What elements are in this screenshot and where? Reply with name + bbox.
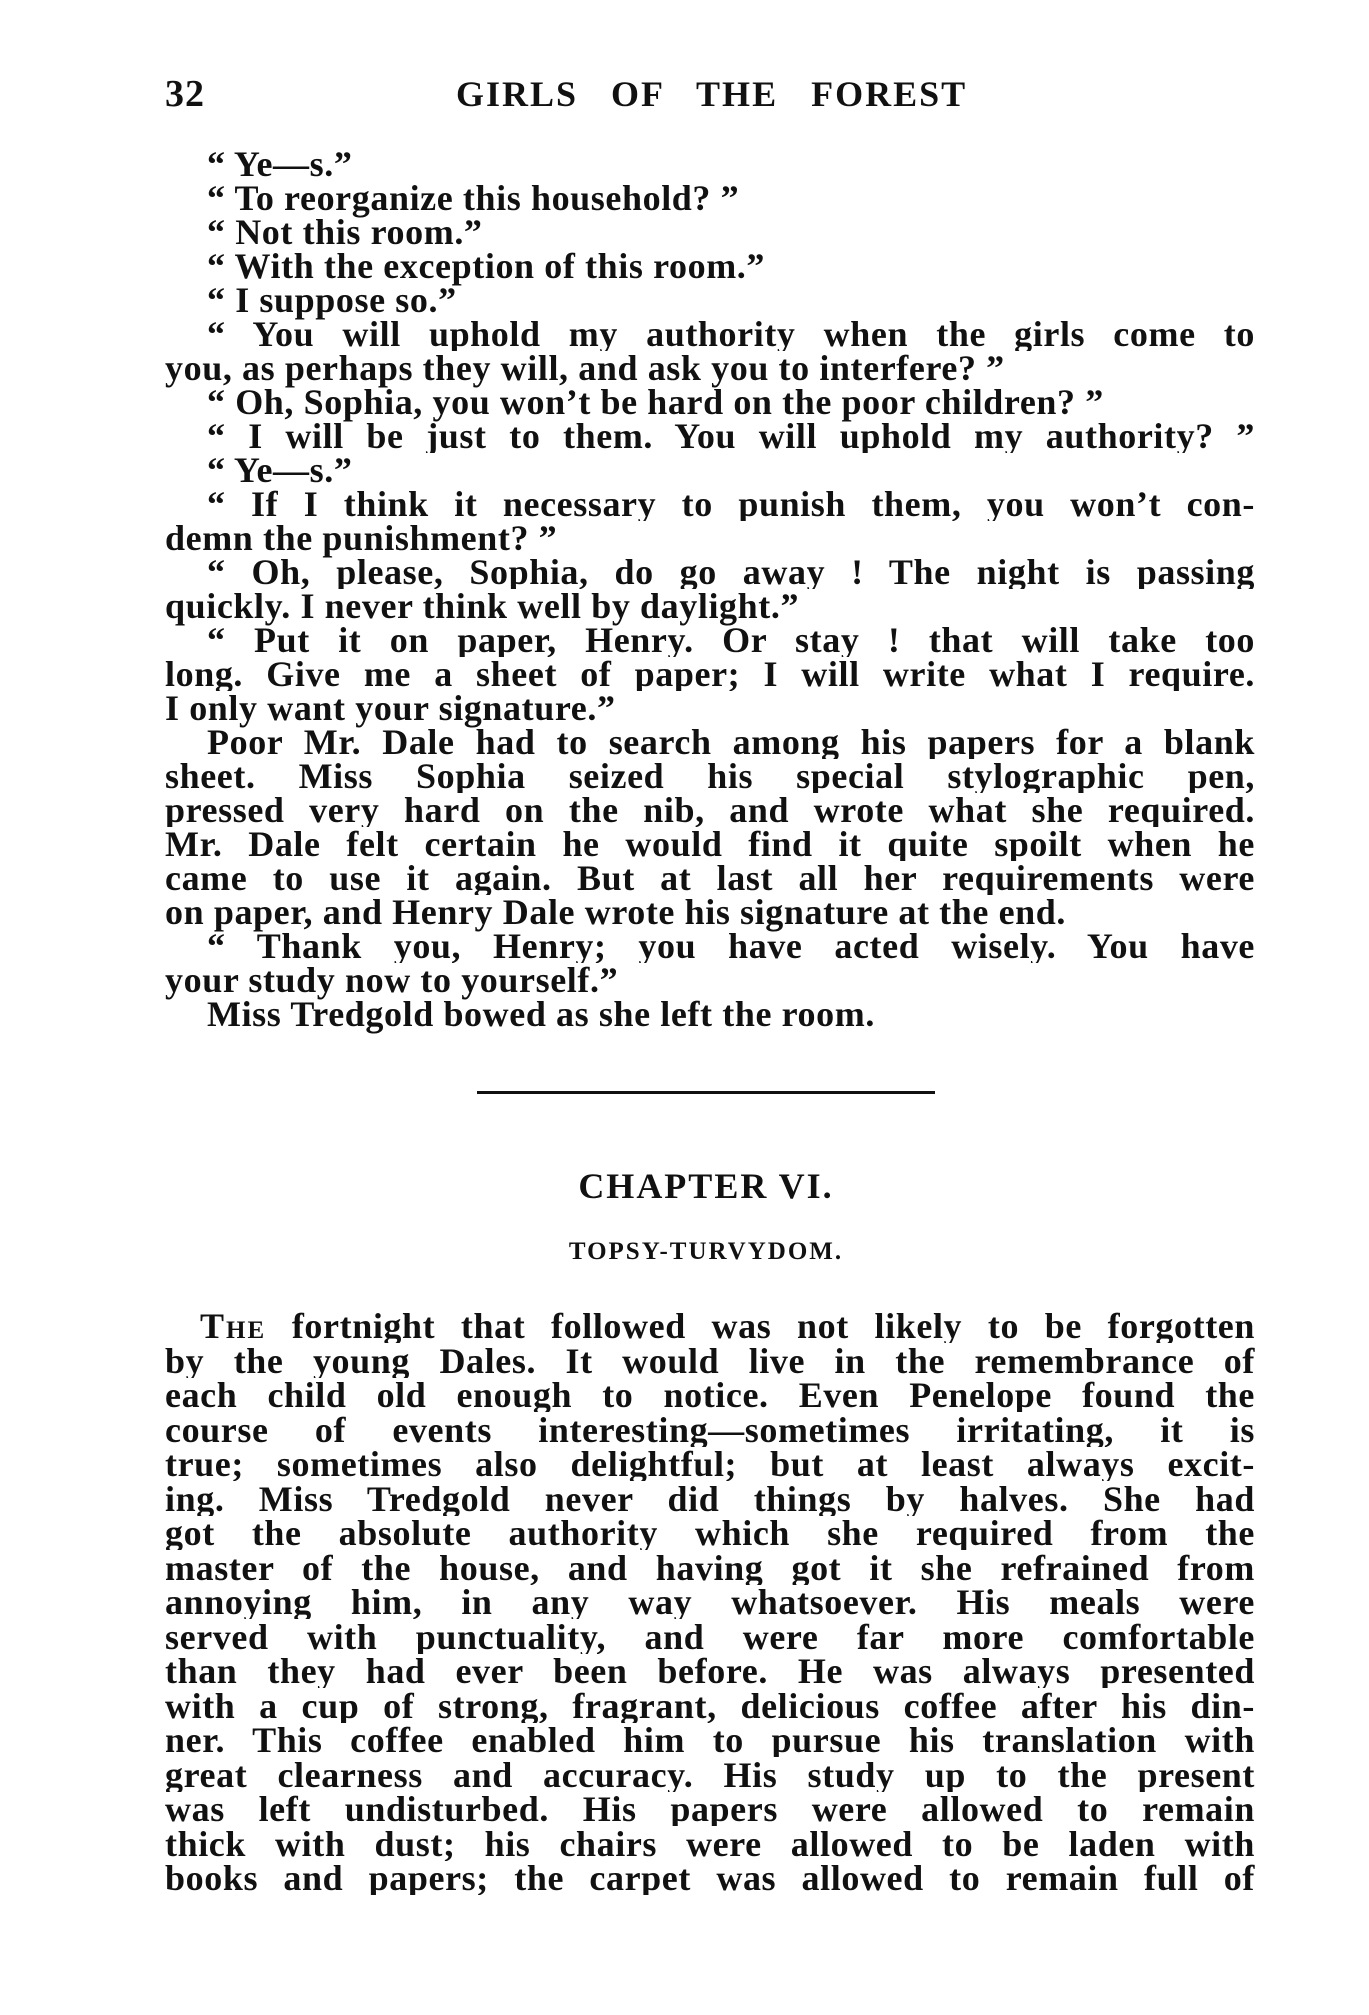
text-line: “ Ye—s.” — [207, 147, 1255, 181]
text-line: “ I suppose so.” — [207, 283, 1255, 317]
chapter-subtitle: TOPSY-TURVYDOM. — [0, 1237, 1369, 1267]
drop-word-smallcaps: The — [200, 1309, 266, 1343]
text-line: you, as perhaps they will, and ask you t… — [165, 351, 1255, 385]
text-line: on paper, and Henry Dale wrote his signa… — [165, 895, 1255, 929]
text-line: pressed very hard on the nib, and wrote … — [165, 793, 1255, 827]
text-line: got the absolute authority which she req… — [165, 1516, 1255, 1550]
running-head: 32 GIRLS OF THE FOREST — [0, 0, 1369, 130]
text-line: Miss Tredgold bowed as she left the room… — [207, 997, 1255, 1031]
text-line: I only want your signature.” — [165, 691, 1255, 725]
text-line: “ Put it on paper, Henry. Or stay ! that… — [207, 623, 1255, 657]
text-line: Mr. Dale felt certain he would find it q… — [165, 827, 1255, 861]
text-line: master of the house, and having got it s… — [165, 1551, 1255, 1585]
text-line: true; sometimes also delightful; but at … — [165, 1447, 1255, 1481]
page-number: 32 — [165, 74, 205, 114]
text-line: great clearness and accuracy. His study … — [165, 1758, 1255, 1792]
text-line: “ Oh, Sophia, you won’t be hard on the p… — [207, 385, 1255, 419]
book-title: GIRLS OF THE FOREST — [456, 74, 964, 114]
book-page: 32 GIRLS OF THE FOREST “ Ye—s.” “ To reo… — [0, 0, 1369, 2015]
section-divider-rule — [477, 1091, 935, 1094]
text-line: “ To reorganize this household? ” — [207, 181, 1255, 215]
text-line: each child old enough to notice. Even Pe… — [165, 1378, 1255, 1412]
text-line: course of events interesting—sometimes i… — [165, 1413, 1255, 1447]
text-line: your study now to yourself.” — [165, 963, 1255, 997]
text-line: books and papers; the carpet was allowed… — [165, 1861, 1255, 1895]
chapter-title: CHAPTER VI. — [0, 1166, 1369, 1206]
text-line: long. Give me a sheet of paper; I will w… — [165, 657, 1255, 691]
text-line: “ With the exception of this room.” — [207, 249, 1255, 283]
text-line: “ I will be just to them. You will uphol… — [207, 419, 1255, 453]
text-line-first: The fortnight that followed was not like… — [200, 1309, 1255, 1343]
text-line: by the young Dales. It would live in the… — [165, 1344, 1255, 1378]
first-line-text: fortnight that followed was not likely t… — [266, 1309, 1255, 1343]
text-line: “ Ye—s.” — [207, 453, 1255, 487]
text-line: thick with dust; his chairs were allowed… — [165, 1827, 1255, 1861]
text-line: ing. Miss Tredgold never did things by h… — [165, 1482, 1255, 1516]
text-line: ner. This coffee enabled him to pursue h… — [165, 1723, 1255, 1757]
text-line: Poor Mr. Dale had to search among his pa… — [207, 725, 1255, 759]
text-line: “ If I think it necessary to punish them… — [207, 487, 1255, 521]
text-line: came to use it again. But at last all he… — [165, 861, 1255, 895]
text-line: than they had ever been before. He was a… — [165, 1654, 1255, 1688]
text-line: “ Oh, please, Sophia, do go away ! The n… — [207, 555, 1255, 589]
text-line: sheet. Miss Sophia seized his special st… — [165, 759, 1255, 793]
text-line: “ You will uphold my authority when the … — [207, 317, 1255, 351]
text-line: demn the punishment? ” — [165, 521, 1255, 555]
text-line: quickly. I never think well by daylight.… — [165, 589, 1255, 623]
text-line: “ Not this room.” — [207, 215, 1255, 249]
text-line: served with punctuality, and were far mo… — [165, 1620, 1255, 1654]
text-line: was left undisturbed. His papers were al… — [165, 1792, 1255, 1826]
text-line: with a cup of strong, fragrant, deliciou… — [165, 1689, 1255, 1723]
text-line: annoying him, in any way whatsoever. His… — [165, 1585, 1255, 1619]
text-line: “ Thank you, Henry; you have acted wisel… — [207, 929, 1255, 963]
